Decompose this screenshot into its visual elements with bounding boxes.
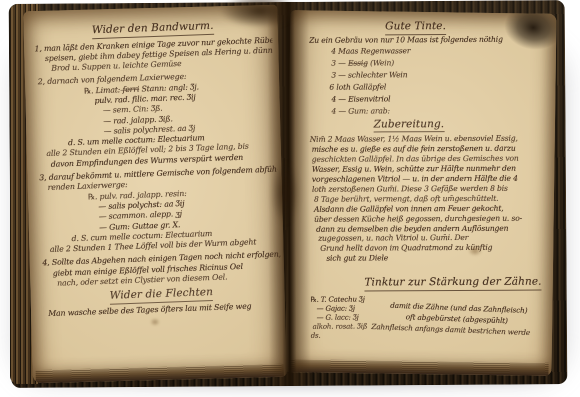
right-page-lines: Gute Tinte.Zu ein Gebräu von nur 10 Maas… xyxy=(309,20,552,292)
handwritten-line: Man wasche selbe des Tages öfters lau mi… xyxy=(48,301,252,319)
handwritten-line: Zubereitung. xyxy=(374,118,445,133)
tincture-section: ℞. T. Catechu Ʒj— Gajac: Ʒj— G. lacc: Ʒj… xyxy=(310,294,552,341)
left-page-text: Wider den Bandwurm.1, man läßt den Krank… xyxy=(34,18,285,378)
handwritten-line: — G. lacc: Ʒj xyxy=(317,314,359,323)
book-gutter xyxy=(267,2,311,386)
handwritten-line: ℞. T. Catechu Ʒj xyxy=(310,295,364,304)
handwritten-line: ds. xyxy=(311,332,321,341)
handwritten-line: Zu ein Gebräu von nur 10 Maas ist folgen… xyxy=(309,34,503,45)
right-page-text: Gute Tinte.Zu ein Gebräu von nur 10 Maas… xyxy=(309,20,553,371)
handwritten-line: 4 Maas Regenwasser xyxy=(331,47,410,57)
handwritten-line: Gute Tinte. xyxy=(385,20,446,35)
handwritten-line: 8 Tage berührt, vermengt, daß oft um̄ges… xyxy=(314,194,498,205)
handwritten-line: 3 — E̶s̶s̶i̶g̶ (Wein) xyxy=(331,59,394,69)
handwritten-line: — Gajac: Ʒj xyxy=(317,304,355,313)
handwritten-line: 6 loth Galläpfel xyxy=(329,82,386,92)
tincture-recipe: ℞. T. Catechu Ʒj— Gajac: Ʒj— G. lacc: Ʒj… xyxy=(310,295,367,341)
right-page: Gute Tinte.Zu ein Gebräu von nur 10 Maas… xyxy=(285,10,556,376)
handwritten-line: Wider die Flechten xyxy=(109,286,213,304)
handwritten-line: 4 — Eisenvitriol xyxy=(331,94,390,104)
handwritten-line: 3 — schlechter Wein xyxy=(331,70,407,80)
tincture-note: damit die Zähne (und das Zahnfleisch)oft… xyxy=(371,299,531,344)
handwritten-line: alkoh. rosat. Ʒiß xyxy=(313,323,368,332)
handwritten-line: Wider den Bandwurm. xyxy=(92,20,214,39)
handwritten-line: über dessen Küche heiß gegossen, durchge… xyxy=(314,213,522,224)
handwritten-line: sich gut zu Diele xyxy=(326,254,388,264)
left-page-lines: Wider den Bandwurm.1, man läßt den Krank… xyxy=(34,18,283,320)
handwritten-line: 4 — Gum: arab: xyxy=(332,106,390,116)
handwritten-line: dann zu demselben die beyden andern Aufl… xyxy=(316,223,508,234)
handwritten-line: Grund hellt davon im Quadratmond zu künf… xyxy=(320,243,492,254)
left-page: Wider den Bandwurm.1, man läßt den Krank… xyxy=(23,5,287,384)
handwritten-line: geschickten Galläpfel. In das übrige des… xyxy=(312,154,519,165)
handwritten-line: Nim̄ 2 Maas Wasser, 1½ Maas Wein u. eben… xyxy=(310,134,518,145)
manuscript-photo: Wider den Bandwurm.1, man läßt den Krank… xyxy=(0,0,580,397)
handwritten-line: Tinktur zur Stärkung der Zähne. xyxy=(364,276,541,291)
